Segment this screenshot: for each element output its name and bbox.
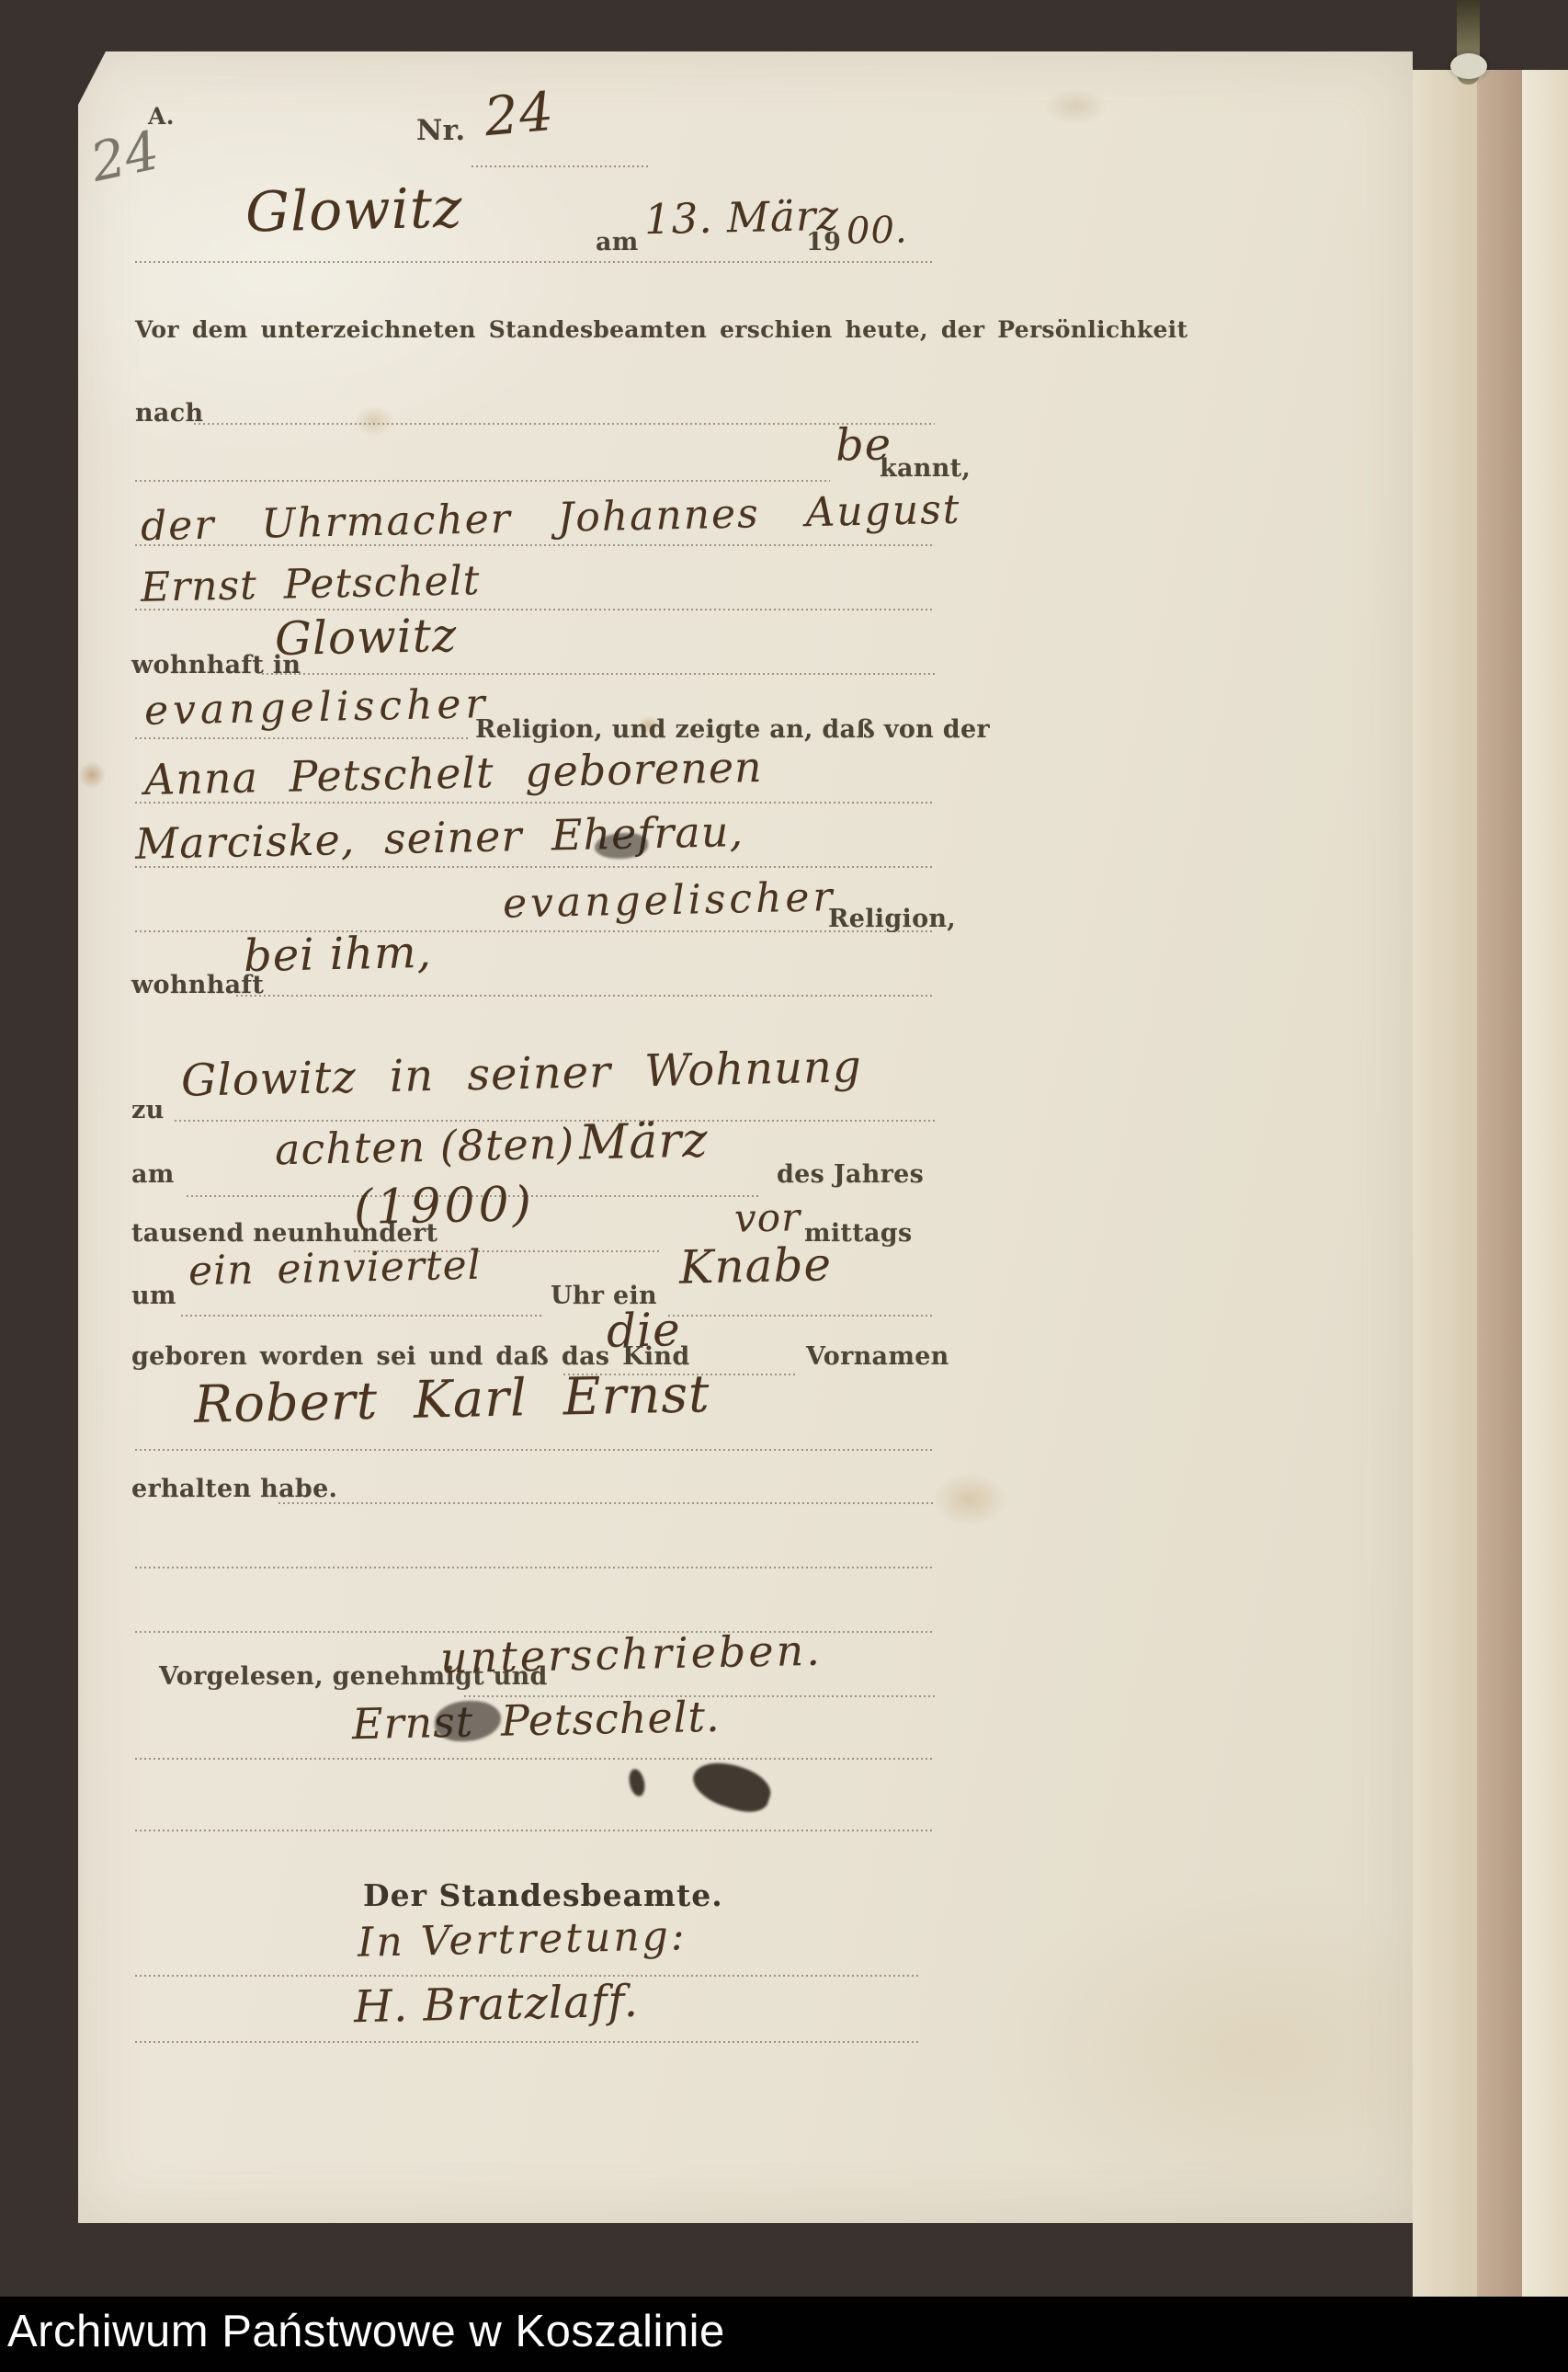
dotted-rule — [262, 673, 935, 675]
dotted-rule — [135, 1567, 935, 1568]
vornamen-printed: Vornamen — [806, 1342, 949, 1371]
registrar-signature: H. Bratzlaff. — [353, 1976, 639, 2033]
in-vertretung-handwritten: In Vertretung: — [358, 1912, 688, 1966]
dotted-rule — [135, 609, 935, 610]
des-jahres-printed: des Jahres — [777, 1160, 924, 1189]
religion2-handwritten: evangelischer — [503, 873, 836, 928]
dotted-rule — [135, 737, 468, 739]
paper-stain — [933, 1472, 1006, 1527]
place-handwritten: Glowitz — [244, 177, 463, 245]
nr-label: Nr. — [416, 114, 466, 147]
paper-stain — [78, 761, 106, 789]
binding-glue-blob — [1450, 53, 1487, 79]
declarant-signature: Ernst Petschelt. — [351, 1692, 721, 1749]
birth-day-handwritten: achten (8ten) — [274, 1119, 574, 1175]
dotted-rule — [135, 1758, 935, 1760]
dotted-rule — [194, 423, 935, 425]
dotted-rule — [668, 1315, 935, 1317]
die-handwritten: die — [606, 1303, 681, 1358]
year-handwritten: 00. — [846, 209, 909, 252]
religion2-printed: Religion, — [828, 905, 956, 933]
archive-name: Archiwum Państwowe w Koszalinie — [7, 2306, 725, 2357]
child-names-handwritten: Robert Karl Ernst — [193, 1364, 710, 1435]
religion1-handwritten: evangelischer — [144, 680, 490, 735]
year-printed: 19 — [806, 228, 841, 257]
child-sex-handwritten: Knabe — [678, 1237, 832, 1294]
nr-value-handwritten: 24 — [482, 80, 556, 148]
dotted-rule — [135, 544, 935, 546]
dotted-rule — [135, 1975, 918, 1977]
paper-stain — [354, 405, 394, 437]
residence-handwritten: Glowitz — [274, 609, 457, 666]
ink-blot — [627, 1768, 647, 1798]
vor-handwritten: vor — [733, 1194, 801, 1240]
dotted-rule — [135, 866, 935, 868]
mother-residence-handwritten: bei ihm, — [243, 927, 432, 982]
declarant-line1-handwritten: der Uhrmacher Johannes August — [141, 486, 961, 551]
zu-label: zu — [131, 1096, 165, 1124]
dotted-rule — [278, 1502, 935, 1504]
dotted-rule — [135, 1830, 935, 1831]
binding-tape — [1477, 70, 1522, 2297]
dotted-rule — [135, 802, 935, 804]
birth-place-handwritten: Glowitz in seiner Wohnung — [180, 1041, 862, 1106]
archive-watermark-bar: Archiwum Państwowe w Koszalinie — [0, 2297, 1568, 2372]
year-value-handwritten: (1900) — [353, 1177, 535, 1236]
paper-stain — [1043, 88, 1108, 125]
dotted-rule — [472, 165, 651, 167]
mother-line1-handwritten: Anna Petschelt geborenen — [144, 742, 764, 804]
page-stack-edge — [1413, 70, 1477, 2297]
intro-printed: Vor dem unterzeichneten Standesbeamten e… — [135, 316, 1187, 343]
birth-time-handwritten: ein einviertel — [188, 1242, 483, 1295]
dotted-rule — [135, 261, 935, 263]
ink-blot — [687, 1754, 776, 1819]
um-label: um — [131, 1282, 176, 1310]
unterschrieben-handwritten: unterschrieben. — [439, 1625, 823, 1683]
mother-line2-handwritten: Marciske, seiner Ehefrau, — [135, 806, 744, 869]
religion1-printed: Religion, und zeigte an, daß von der — [475, 715, 990, 744]
dotted-rule — [236, 995, 935, 997]
pencil-registry-number: 24 — [85, 119, 165, 194]
dotted-rule — [135, 2041, 918, 2043]
dotted-rule — [135, 1449, 935, 1451]
next-page-edge — [1522, 70, 1568, 2297]
registrar-heading: Der Standesbeamte. — [363, 1877, 723, 1913]
kannt-printed: kannt, — [880, 454, 971, 483]
birth-month-handwritten: März — [578, 1113, 709, 1171]
document-page: 24 A. Nr. 24 Glowitz am 13. März 19 00. … — [78, 51, 1413, 2223]
dotted-rule — [181, 1315, 541, 1317]
am-label: am — [596, 228, 639, 257]
form-letter-label: A. — [148, 103, 175, 130]
erhalten-printed: erhalten habe. — [131, 1475, 337, 1503]
am2-label: am — [131, 1160, 175, 1189]
dotted-rule — [135, 480, 830, 482]
declarant-line2-handwritten: Ernst Petschelt — [141, 557, 481, 611]
